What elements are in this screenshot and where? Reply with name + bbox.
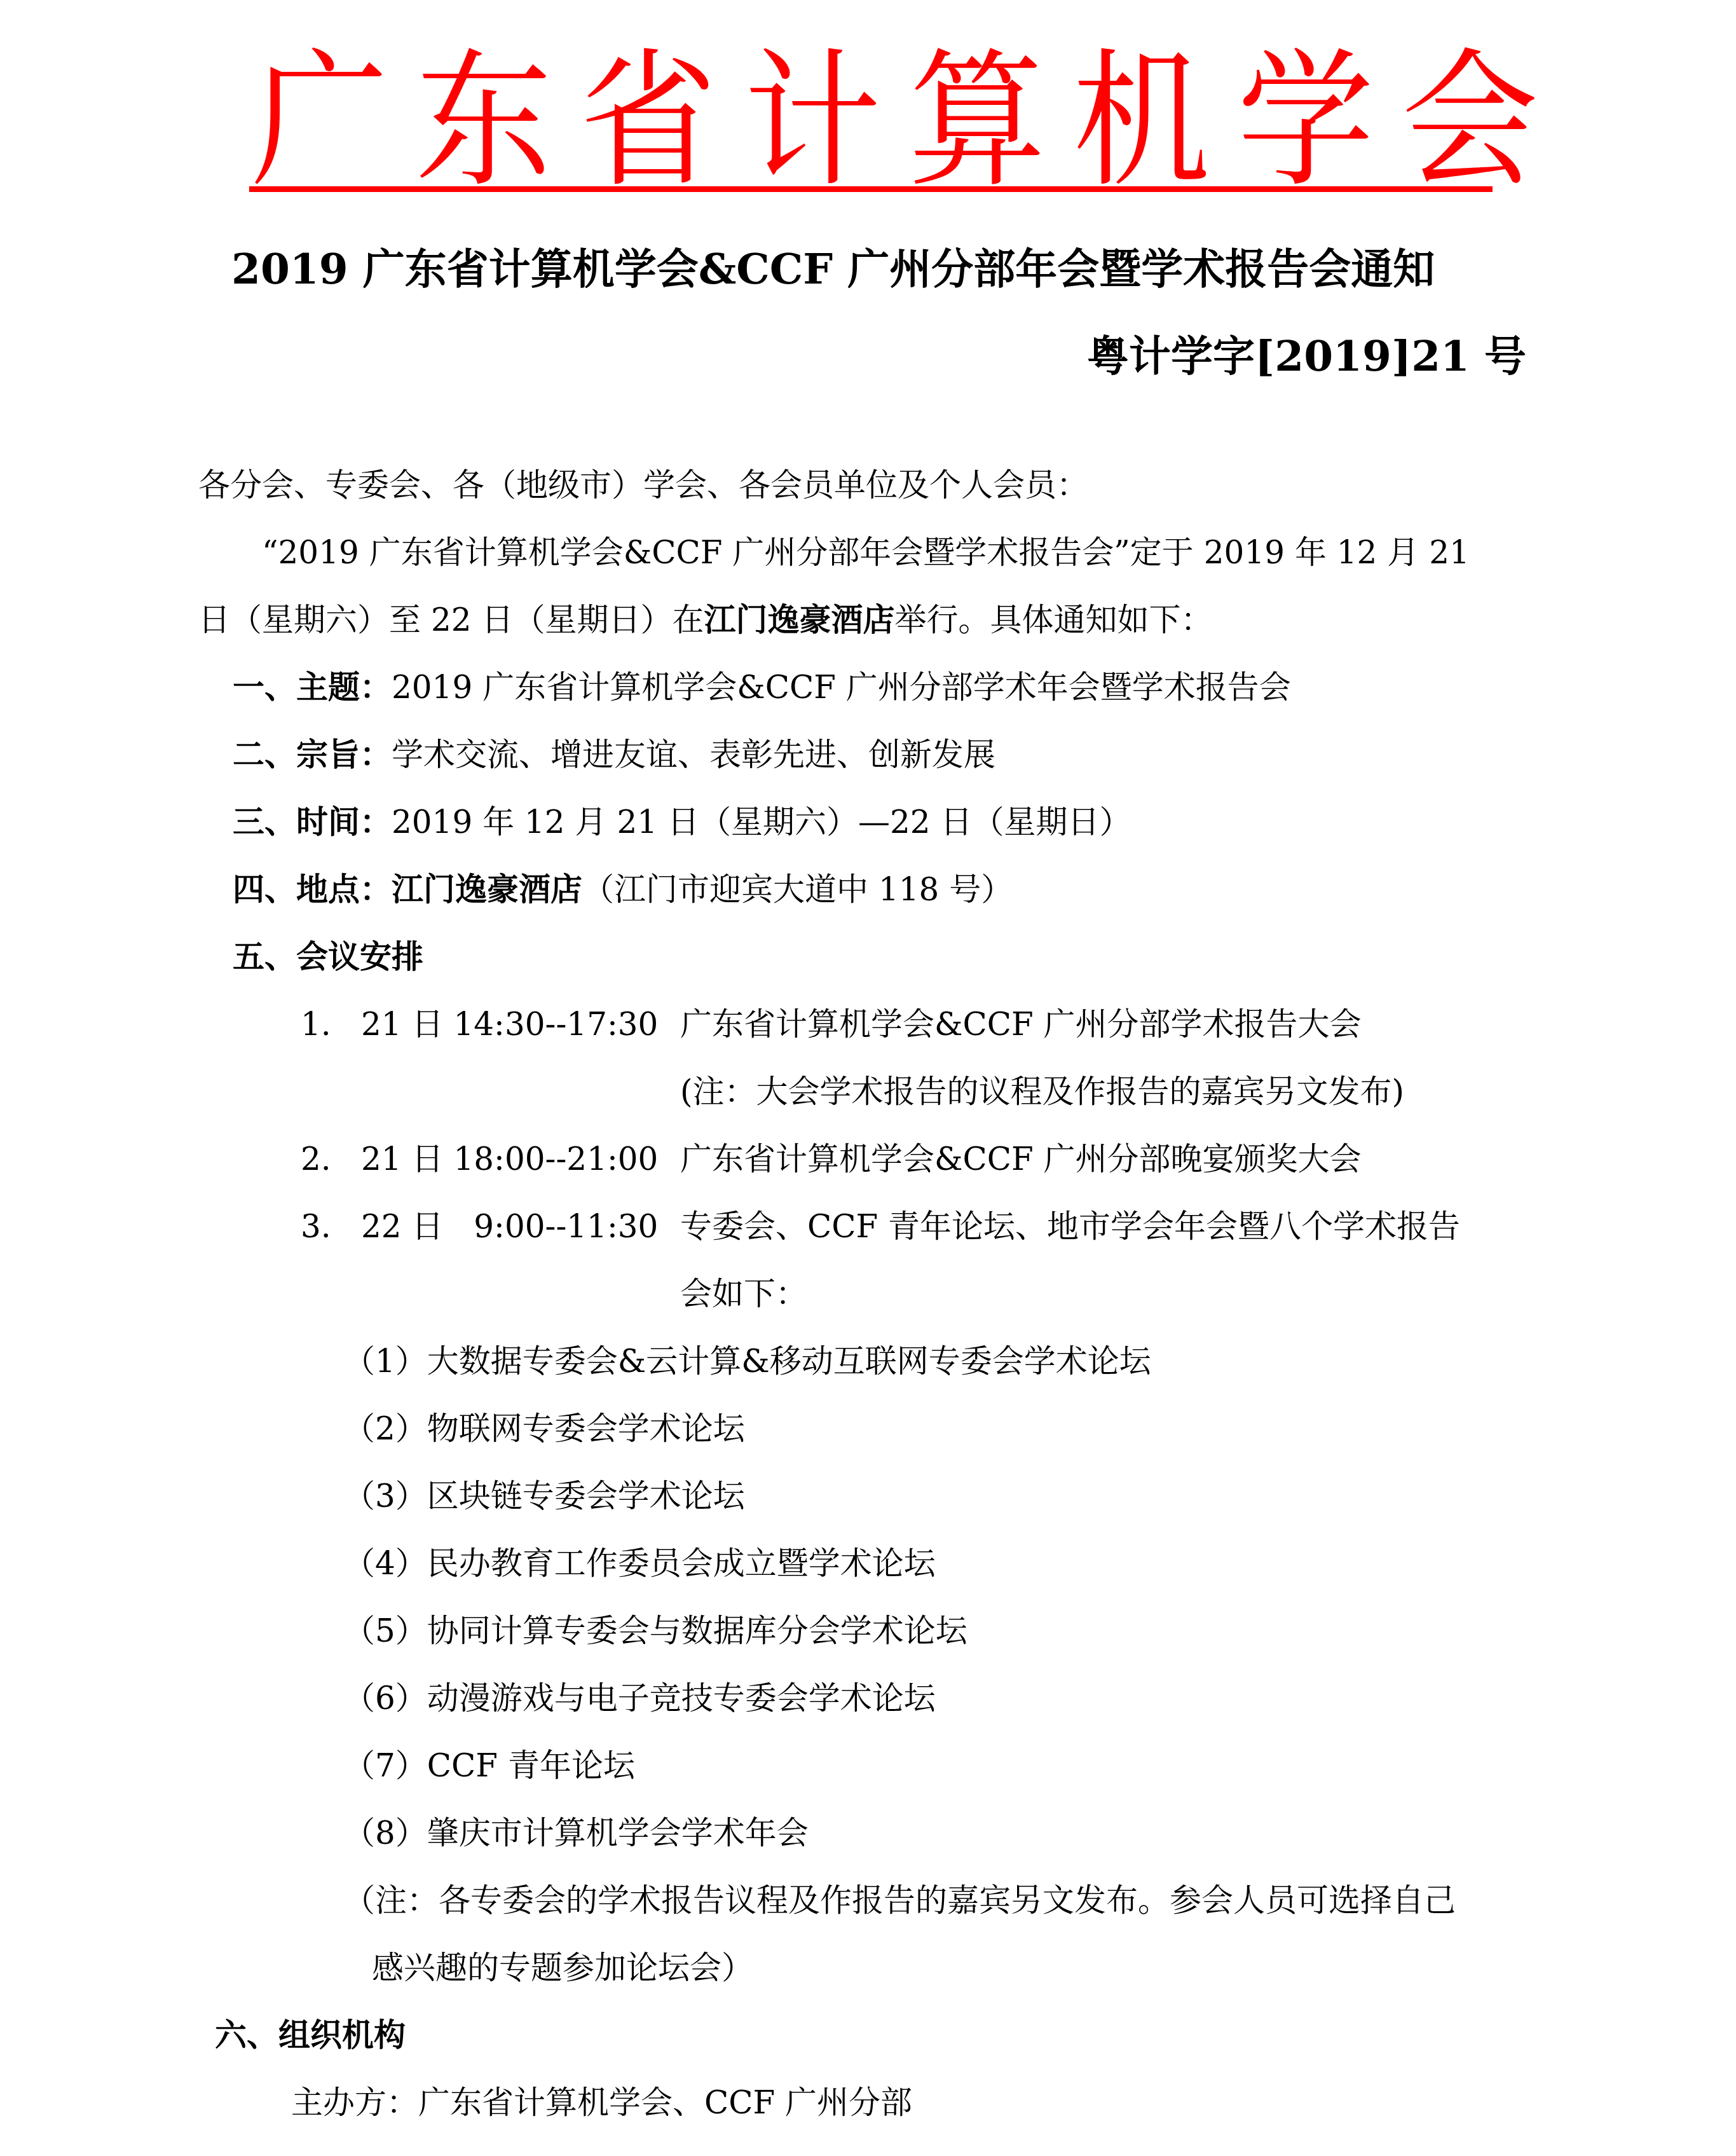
schedule-item-1-time: 21 日 14:30--17:30 bbox=[361, 1002, 658, 1047]
section-time-label: 三、时间： bbox=[233, 803, 392, 841]
section-purpose: 二、宗旨：学术交流、增进友谊、表彰先进、创新发展 bbox=[233, 732, 995, 777]
intro-text-a: 日（星期六）至 22 日（星期日）在 bbox=[198, 601, 704, 638]
section-time-value: 2019 年 12 月 21 日（星期六）—22 日（星期日） bbox=[392, 804, 1131, 841]
schedule-item-3-desc: 专委会、CCF 青年论坛、地市学会年会暨八个学术报告 bbox=[680, 1204, 1460, 1249]
letterhead-red-rule bbox=[249, 186, 1493, 192]
forum-note-line-2: 感兴趣的专题参加论坛会） bbox=[372, 1946, 753, 1990]
intro-venue: 江门逸豪酒店 bbox=[704, 601, 894, 638]
intro-text-b: 举行。具体通知如下： bbox=[894, 601, 1212, 638]
schedule-item-3-num: 3. bbox=[301, 1204, 331, 1249]
section-theme-label: 一、主题： bbox=[233, 668, 392, 706]
intro-line-2: 日（星期六）至 22 日（星期日）在江门逸豪酒店举行。具体通知如下： bbox=[198, 598, 1212, 642]
section-venue: 四、地点：江门逸豪酒店（江门市迎宾大道中 118 号） bbox=[233, 867, 1013, 912]
section-theme: 一、主题：2019 广东省计算机学会&CCF 广州分部学术年会暨学术报告会 bbox=[233, 665, 1291, 710]
section-theme-value: 2019 广东省计算机学会&CCF 广州分部学术年会暨学术报告会 bbox=[392, 669, 1291, 706]
section-schedule-label: 五、会议安排 bbox=[233, 935, 423, 979]
schedule-item-3-time: 22 日 9:00--11:30 bbox=[361, 1204, 658, 1249]
forum-item: （3）区块链专委会学术论坛 bbox=[343, 1474, 745, 1518]
forum-item: （2）物联网专委会学术论坛 bbox=[343, 1406, 745, 1451]
schedule-time: 18:00--21:00 bbox=[453, 1141, 658, 1178]
section-venue-name: 江门逸豪酒店 bbox=[392, 870, 582, 908]
section-venue-label: 四、地点： bbox=[233, 870, 392, 908]
document-title: 2019 广东省计算机学会&CCF 广州分部年会暨学术报告会通知 bbox=[231, 240, 1435, 298]
forum-item: （6）动漫游戏与电子竞技专委会学术论坛 bbox=[343, 1676, 936, 1720]
forum-item: （4）民办教育工作委员会成立暨学术论坛 bbox=[343, 1541, 936, 1586]
section-organization-label: 六、组织机构 bbox=[215, 2013, 406, 2057]
schedule-day: 21 日 bbox=[361, 1006, 444, 1043]
organization-host: 主办方：广东省计算机学会、CCF 广州分部 bbox=[291, 2080, 912, 2125]
schedule-item-1-num: 1. bbox=[301, 1002, 331, 1047]
schedule-item-1-desc: 广东省计算机学会&CCF 广州分部学术报告大会 bbox=[680, 1002, 1362, 1047]
forum-note-line-1: （注：各专委会的学术报告议程及作报告的嘉宾另文发布。参会人员可选择自己 bbox=[343, 1878, 1456, 1923]
org-letterhead-name: 广东省计算机学会 bbox=[251, 38, 1566, 203]
forum-item: （5）协同计算专委会与数据库分会学术论坛 bbox=[343, 1609, 967, 1653]
schedule-item-2-num: 2. bbox=[301, 1137, 331, 1181]
schedule-item-3-desc-cont: 会如下： bbox=[680, 1272, 807, 1316]
schedule-item-1-note: (注：大会学术报告的议程及作报告的嘉宾另文发布) bbox=[680, 1069, 1404, 1114]
schedule-day: 21 日 bbox=[361, 1141, 444, 1178]
forum-item: （1）大数据专委会&云计算&移动互联网专委会学术论坛 bbox=[343, 1339, 1151, 1384]
schedule-time: 14:30--17:30 bbox=[453, 1006, 658, 1043]
forum-item: （8）肇庆市计算机学会学术年会 bbox=[343, 1811, 809, 1855]
schedule-day: 22 日 bbox=[361, 1208, 444, 1245]
salutation: 各分会、专委会、各（地级市）学会、各会员单位及个人会员： bbox=[198, 463, 1088, 507]
schedule-time: 9:00--11:30 bbox=[474, 1208, 658, 1245]
section-venue-address: （江门市迎宾大道中 118 号） bbox=[582, 871, 1013, 908]
document-number: 粤计学字[2019]21 号 bbox=[1087, 327, 1526, 385]
schedule-item-2-desc: 广东省计算机学会&CCF 广州分部晚宴颁奖大会 bbox=[680, 1137, 1362, 1181]
section-purpose-label: 二、宗旨： bbox=[233, 736, 392, 773]
intro-line-1: “2019 广东省计算机学会&CCF 广州分部年会暨学术报告会”定于 2019 … bbox=[262, 530, 1470, 575]
section-time: 三、时间：2019 年 12 月 21 日（星期六）—22 日（星期日） bbox=[233, 800, 1131, 844]
forum-item: （7）CCF 青年论坛 bbox=[343, 1743, 635, 1788]
section-purpose-value: 学术交流、增进友谊、表彰先进、创新发展 bbox=[392, 736, 995, 773]
schedule-item-2-time: 21 日 18:00--21:00 bbox=[361, 1137, 658, 1181]
